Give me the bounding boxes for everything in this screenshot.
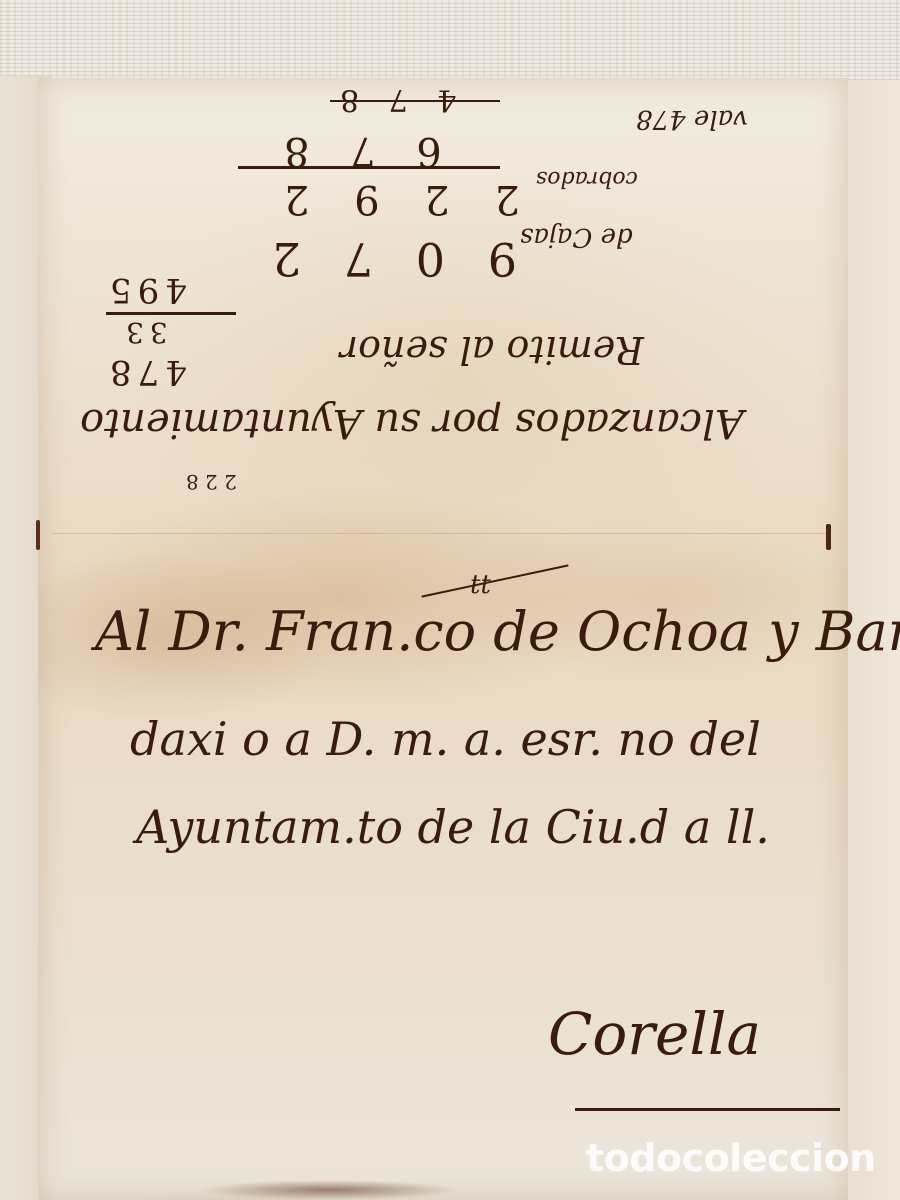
small-number: 2 2 8 (186, 470, 237, 494)
sum-rule (106, 312, 236, 315)
address-line-2: daxi o a D. m. a. esr. no del (130, 712, 761, 766)
margin-note-5: Alcanzados por su Ayuntamiento (80, 400, 744, 446)
margin-note-3: de Cajas (520, 222, 633, 252)
seal-mark-left (36, 520, 40, 550)
sum-total: 495 (104, 270, 187, 310)
margin-note-2: cobrados (536, 166, 638, 191)
margin-note-4: Remito al señor (340, 328, 644, 372)
calc-line-4: 9 0 7 2 (258, 232, 517, 286)
address-superscript: tt (470, 570, 491, 600)
ink-stain (200, 1180, 460, 1200)
background-surface (0, 0, 900, 80)
address-line-1: Al Dr. Fran.co de Ochoa y Bar (95, 600, 900, 663)
address-line-3: Ayuntam.to de la Ciu.d a ll. (136, 800, 770, 854)
margin-note-1: vale 478 (636, 104, 748, 134)
calc-line-3: 2 2 9 2 (268, 176, 520, 222)
sum-value-a: 478 (104, 352, 187, 392)
sum-value-b: 33 (120, 316, 168, 349)
destination-place: Corella (548, 1000, 761, 1068)
place-underline (575, 1108, 840, 1111)
calc-rule-2 (238, 166, 500, 169)
calc-rule-1 (330, 100, 500, 102)
seal-mark-right (826, 524, 831, 550)
watermark-text: todocoleccion (586, 1136, 876, 1180)
